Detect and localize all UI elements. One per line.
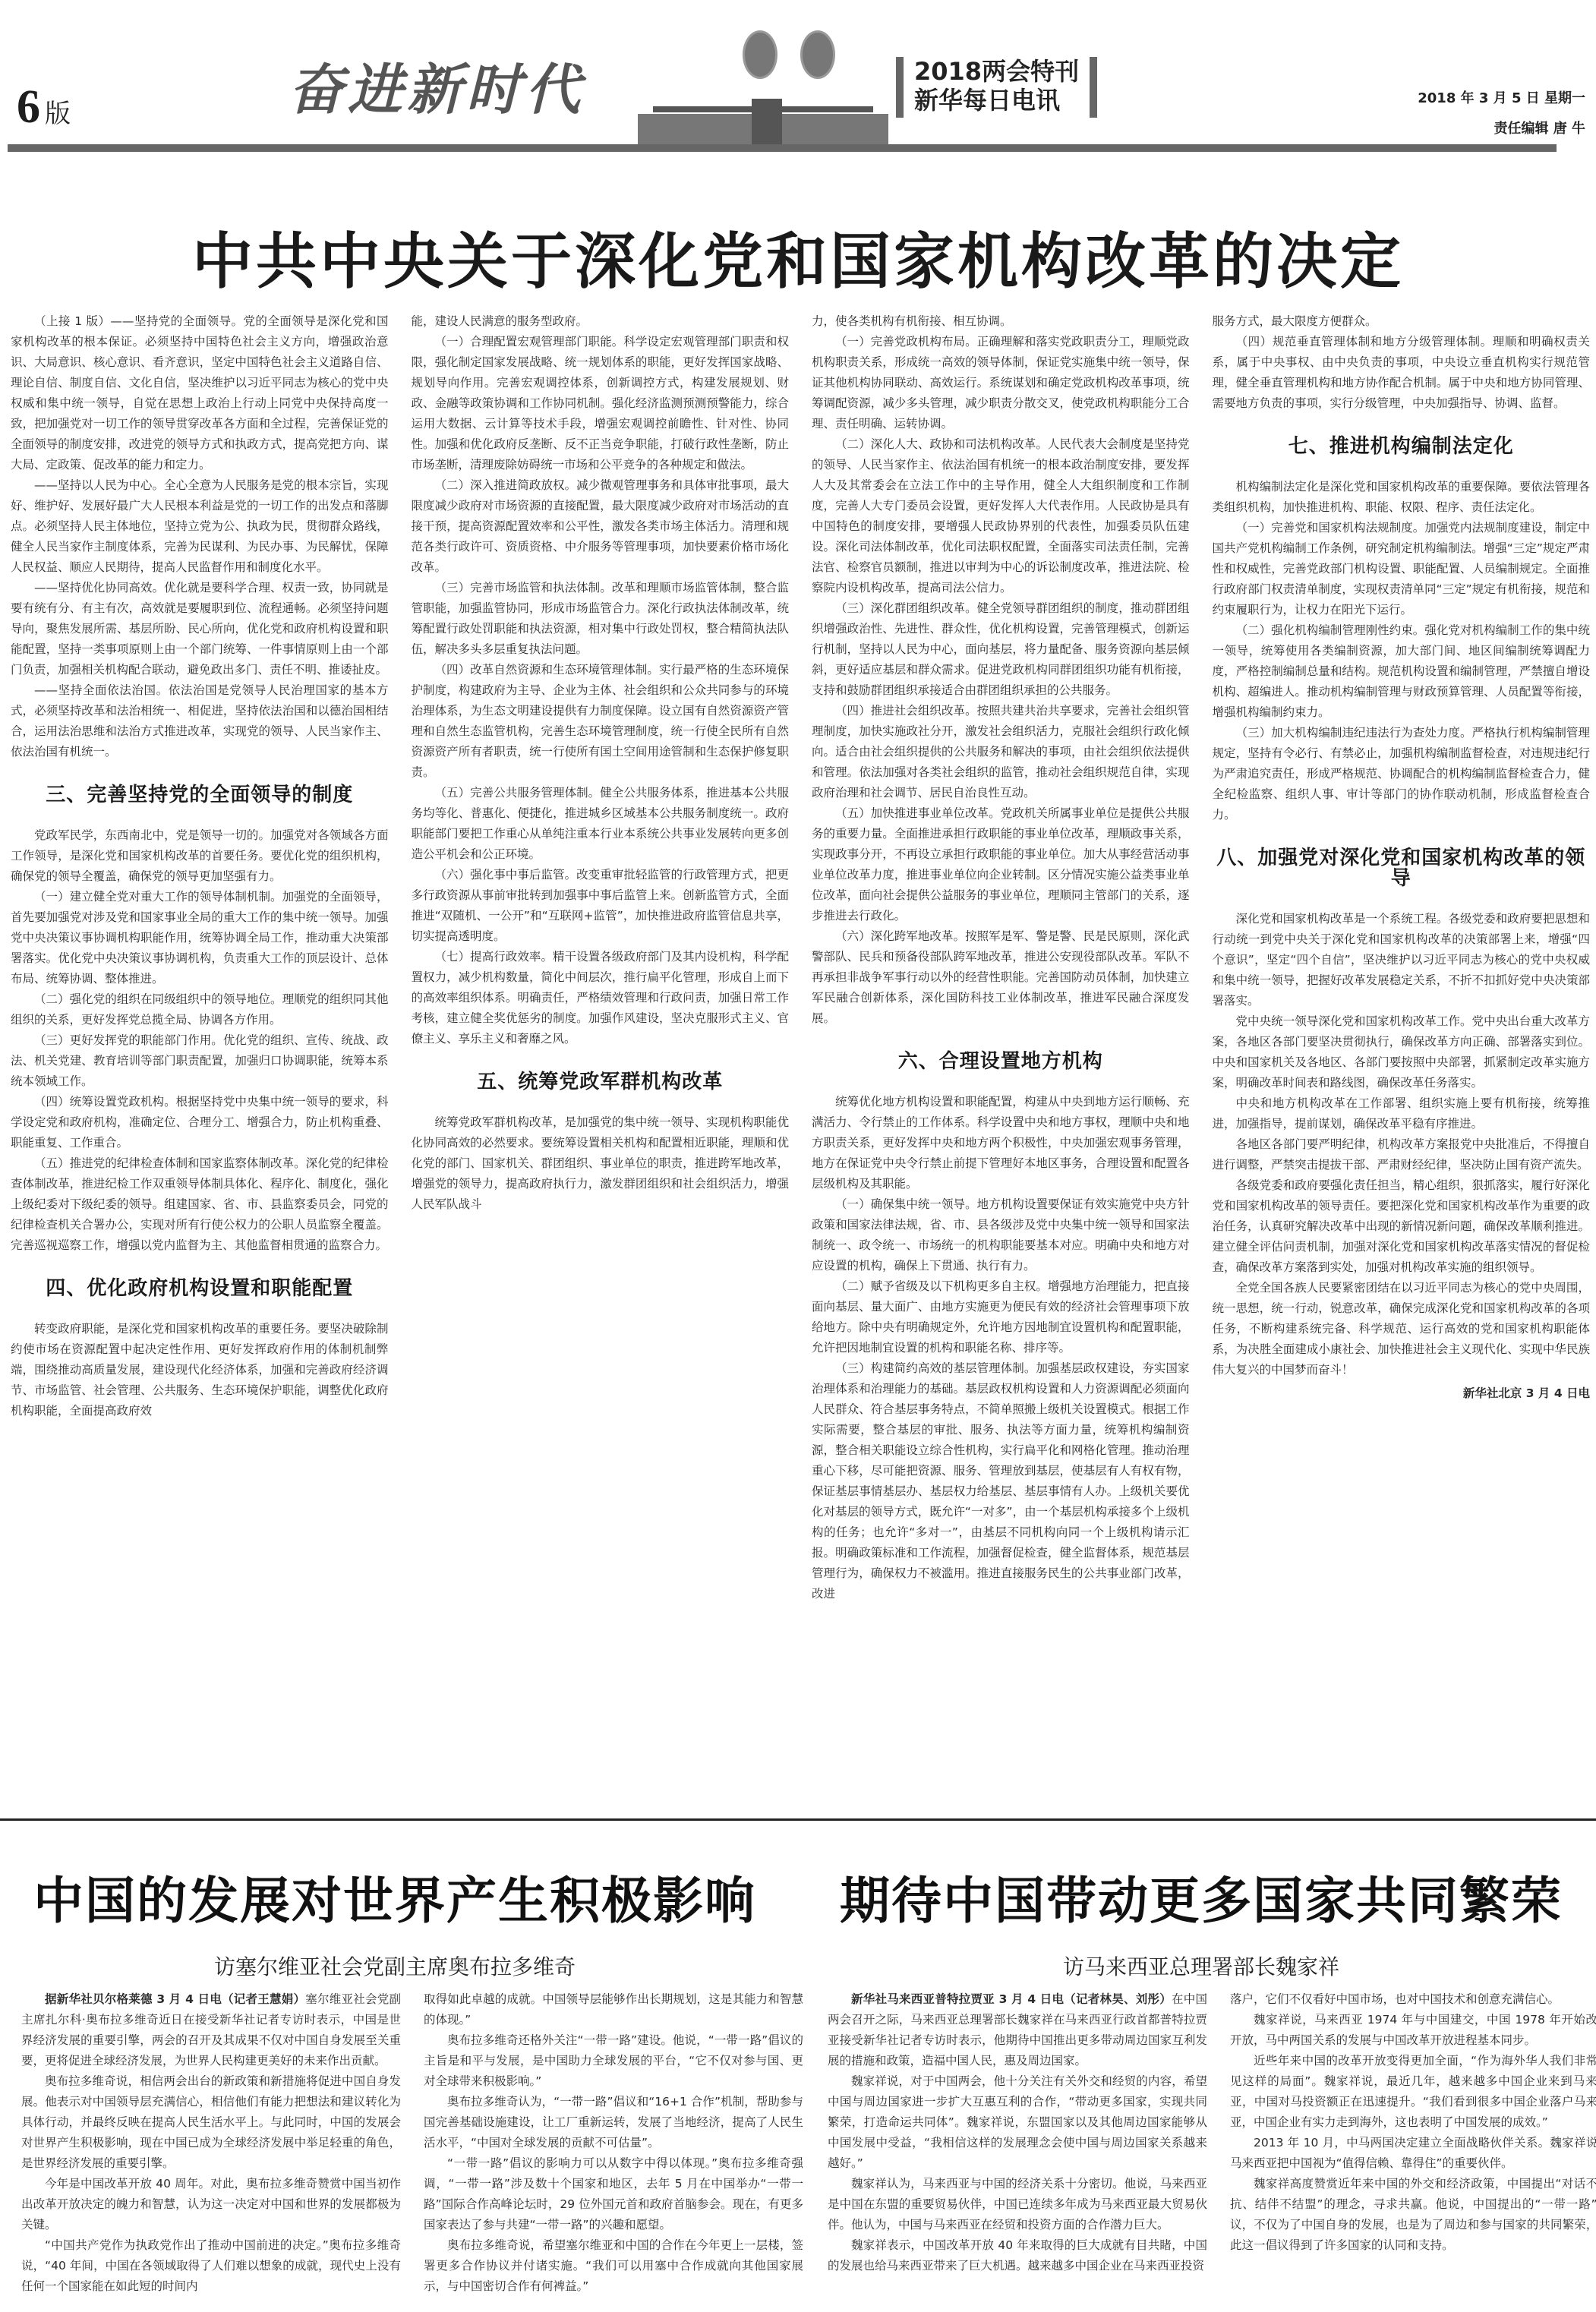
article-column: 力，使各类机构有机衔接、相互协调。（一）完善党政机构布局。正确理解和落实党政职责… — [812, 311, 1190, 1830]
paragraph: “一带一路”倡议的影响力可以从数字中得以体现。”奥布拉多维奇强调，“一带一路”涉… — [424, 2153, 803, 2235]
paragraph: 服务方式，最大限度方便群众。 — [1213, 311, 1591, 332]
paragraph: 党政军民学，东西南北中，党是领导一切的。加强党对各领域各方面工作领导，是深化党和… — [11, 825, 389, 887]
paragraph: （二）深入推进简政放权。减少微观管理事务和具体审批事项，最大限度减少政府对市场资… — [412, 475, 790, 578]
lead-credit: 新华社马来西亚普特拉贾亚 3 月 4 日电（记者林昊、刘彤） — [851, 1992, 1172, 2006]
article-left-deck: 访塞尔维亚社会党副主席奥布拉多维奇 — [0, 1951, 790, 1981]
article-column: （上接 1 版）——坚持党的全面领导。党的全面领导是深化党和国家机构改革的根本保… — [11, 311, 389, 1830]
paragraph: （四）规范垂直管理体制和地方分级管理体制。理顺和明确权责关系，属于中央事权、由中… — [1213, 332, 1591, 414]
article-left-header: 中国的发展对世界产生积极影响 访塞尔维亚社会党副主席奥布拉多维奇 — [0, 1860, 790, 1981]
paragraph: 机构编制法定化是深化党和国家机构改革的重要保障。要依法管理各类组织机构，加快推进… — [1213, 477, 1591, 518]
paragraph: 魏家祥表示，中国改革开放 40 年来取得的巨大成就有目共睹，中国的发展也给马来西… — [828, 2235, 1207, 2276]
article-right-body: 新华社马来西亚普特拉贾亚 3 月 4 日电（记者林昊、刘彤）在中国两会召开之际，… — [828, 1989, 1596, 2276]
section-heading: 七、推进机构编制法定化 — [1213, 437, 1591, 457]
paragraph: 各地区各部门要严明纪律，机构改革方案报党中央批准后，不得擅自进行调整，严禁突击提… — [1213, 1134, 1591, 1175]
paragraph: （二）赋予省级及以下机构更多自主权。增强地方治理能力，把直接面向基层、量大面广、… — [812, 1276, 1190, 1358]
paragraph: 奥布拉多维奇说，相信两会出台的新政策和新措施将促进中国自身发展。他表示对中国领导… — [21, 2071, 401, 2174]
paragraph: （六）深化跨军地改革。按照军是军、警是警、民是民原则，深化武警部队、民兵和预备役… — [812, 926, 1190, 1029]
paragraph: （四）改革自然资源和生态环境管理体制。实行最严格的生态环境保护制度，构建政府为主… — [412, 660, 790, 783]
paragraph: （三）加大机构编制违纪违法行为查处力度。严格执行机构编制管理规定，坚持有令必行、… — [1213, 723, 1591, 825]
paragraph: （六）强化事中事后监管。改变重审批轻监管的行政管理方式，把更多行政资源从事前审批… — [412, 865, 790, 947]
section-heading: 八、加强党对深化党和国家机构改革的领导 — [1213, 848, 1591, 889]
paragraph: 深化党和国家机构改革是一个系统工程。各级党委和政府要把思想和行动统一到党中央关于… — [1213, 909, 1591, 1011]
article-column: 能，建设人民满意的服务型政府。（一）合理配置宏观管理部门职能。科学设定宏观管理部… — [412, 311, 790, 1830]
paragraph: （七）提高行政效率。精干设置各级政府部门及其内设机构，科学配置权力，减少机构数量… — [412, 947, 790, 1049]
paragraph: 取得如此卓越的成就。中国领导层能够作出长期规划，这是其能力和智慧的体现。” — [424, 1989, 803, 2030]
paragraph: （四）统筹设置党政机构。根据坚持党中央集中统一领导的要求，科学设定党和政府机构，… — [11, 1092, 389, 1153]
article-column: 新华社马来西亚普特拉贾亚 3 月 4 日电（记者林昊、刘彤）在中国两会召开之际，… — [828, 1989, 1207, 2276]
paragraph: （一）建立健全党对重大工作的领导体制机制。加强党的全面领导，首先要加强党对涉及党… — [11, 887, 389, 989]
paragraph: 党中央统一领导深化党和国家机构改革工作。党中央出台重大改革方案，各地区各部门要坚… — [1213, 1011, 1591, 1093]
article-left-title: 中国的发展对世界产生积极影响 — [0, 1860, 790, 1932]
paragraph: 全党全国各族人民要紧密团结在以习近平同志为核心的党中央周围，统一思想，统一行动，… — [1213, 1278, 1591, 1380]
article-left-body: 据新华社贝尔格莱德 3 月 4 日电（记者王慧娟）塞尔维亚社会党副主席扎尔科·奥… — [21, 1989, 803, 2297]
paragraph: 奥布拉多维奇还格外关注“一带一路”建设。他说，“一带一路”倡议的主旨是和平与发展… — [424, 2030, 803, 2092]
article-column: 落户，它们不仅看好中国市场，也对中国技术和创意充满信心。魏家祥说，马来西亚 19… — [1230, 1989, 1596, 2276]
paragraph: （二）深化人大、政协和司法机构改革。人民代表大会制度是坚持党的领导、人民当家作主… — [812, 434, 1190, 598]
main-article: （上接 1 版）——坚持党的全面领导。党的全面领导是深化党和国家机构改革的根本保… — [11, 311, 1590, 1830]
paragraph: 统筹党政军群机构改革，是加强党的集中统一领导、实现机构职能优化协同高效的必然要求… — [412, 1112, 790, 1215]
paragraph: （三）构建简约高效的基层管理体制。加强基层政权建设，夯实国家治理体系和治理能力的… — [812, 1358, 1190, 1604]
paragraph: （三）完善市场监管和执法体制。改革和理顺市场监管体制，整合监管职能，加强监管协同… — [412, 578, 790, 660]
paragraph: （三）深化群团组织改革。健全党领导群团组织的制度，推动群团组织增强政治性、先进性… — [812, 598, 1190, 701]
paragraph: ——坚持以人民为中心。全心全意为人民服务是党的根本宗旨，实现好、维护好、发展好最… — [11, 475, 389, 578]
paragraph: 魏家祥高度赞赏近年来中国的外交和经济政策，中国提出“对话不对抗、结伴不结盟”的理… — [1230, 2174, 1596, 2256]
paragraph: ——坚持全面依法治国。依法治国是党领导人民治理国家的基本方式，必须坚持改革和法治… — [11, 680, 389, 762]
paragraph: （一）确保集中统一领导。地方机构设置要保证有效实施党中央方针政策和国家法律法规，… — [812, 1194, 1190, 1276]
main-headline: 中共中央关于深化党和国家机构改革的决定 — [0, 213, 1596, 300]
paragraph: 2013 年 10 月，中马两国决定建立全面战略伙伴关系。魏家祥说，马来西亚把中… — [1230, 2133, 1596, 2174]
paragraph: 魏家祥认为，马来西亚与中国的经济关系十分密切。他说，马来西亚是中国在东盟的重要贸… — [828, 2174, 1207, 2235]
article-right-deck: 访马来西亚总理署部长魏家祥 — [806, 1951, 1596, 1981]
paragraph: “中国共产党作为执政党作出了推动中国前进的决定。”奥布拉多维奇说，“40 年间，… — [21, 2235, 401, 2297]
paragraph: 中央和地方机构改革在工作部署、组织实施上要有机衔接，统筹推进，加强指导，提前谋划… — [1213, 1093, 1591, 1134]
paragraph: 魏家祥说，马来西亚 1974 年与中国建交，中国 1978 年开始改革开放，马中… — [1230, 2010, 1596, 2051]
brand-calligraphy: 奋进新时代 — [289, 46, 585, 125]
section-heading: 三、完善坚持党的全面领导的制度 — [11, 785, 389, 806]
article-column: 服务方式，最大限度方便群众。（四）规范垂直管理体制和地方分级管理体制。理顺和明确… — [1213, 311, 1591, 1830]
paragraph: 力，使各类机构有机衔接、相互协调。 — [812, 311, 1190, 332]
paragraph: 新华社马来西亚普特拉贾亚 3 月 4 日电（记者林昊、刘彤）在中国两会召开之际，… — [828, 1989, 1207, 2071]
paragraph: （一）完善党政机构布局。正确理解和落实党政职责分工，理顺党政机构职责关系，形成统… — [812, 332, 1190, 434]
dateline-credit: 新华社北京 3 月 4 日电 — [1213, 1383, 1591, 1404]
paragraph: 转变政府职能，是深化党和国家机构改革的重要任务。要坚决破除制约使市场在资源配置中… — [11, 1319, 389, 1421]
paragraph: 魏家祥说，对于中国两会，他十分关注有关外交和经贸的内容，希望中国与周边国家进一步… — [828, 2071, 1207, 2174]
section-divider — [0, 1818, 1596, 1821]
paragraph: （二）强化党的组织在同级组织中的领导地位。理顺党的组织同其他组织的关系，更好发挥… — [11, 989, 389, 1030]
paragraph: 据新华社贝尔格莱德 3 月 4 日电（记者王慧娟）塞尔维亚社会党副主席扎尔科·奥… — [21, 1989, 401, 2071]
section-heading: 五、统筹党政军群机构改革 — [412, 1072, 790, 1093]
great-hall-icon — [638, 99, 888, 146]
special-edition-banner: 2018两会特刊 新华每日电讯 — [896, 57, 1097, 118]
article-right-header: 期待中国带动更多国家共同繁荣 访马来西亚总理署部长魏家祥 — [806, 1860, 1596, 1981]
page-number: 6版 — [17, 84, 71, 138]
national-emblem-icon — [743, 30, 777, 79]
paragraph: （三）更好发挥党的职能部门作用。优化党的组织、宣传、统战、政法、机关党建、教育培… — [11, 1030, 389, 1092]
paragraph: ——坚持优化协同高效。优化就是要科学合理、权责一致，协同就是要有统有分、有主有次… — [11, 578, 389, 680]
article-column: 取得如此卓越的成就。中国领导层能够作出长期规划，这是其能力和智慧的体现。”奥布拉… — [424, 1989, 803, 2297]
section-heading: 四、优化政府机构设置和职能配置 — [11, 1279, 389, 1299]
paragraph: （一）合理配置宏观管理部门职能。科学设定宏观管理部门职责和权限，强化制定国家发展… — [412, 332, 790, 475]
paragraph: 今年是中国改革开放 40 周年。对此，奥布拉多维奇赞赏中国当初作出改革开放决定的… — [21, 2174, 401, 2235]
paragraph: （五）推进党的纪律检查体制和国家监察体制改革。深化党的纪律检查体制改革，推进纪检… — [11, 1153, 389, 1256]
cppcc-emblem-icon — [800, 30, 835, 79]
paragraph: （五）完善公共服务管理体制。健全公共服务体系，推进基本公共服务均等化、普惠化、便… — [412, 783, 790, 865]
paragraph: 奥布拉多维奇说，希望塞尔维亚和中国的合作在今年更上一层楼，签署更多合作协议并付诸… — [424, 2235, 803, 2297]
paragraph: 各级党委和政府要强化责任担当，精心组织，狠抓落实，履行好深化党和国家机构改革的领… — [1213, 1175, 1591, 1278]
paragraph: 统筹优化地方机构设置和职能配置，构建从中央到地方运行顺畅、充满活力、令行禁止的工… — [812, 1092, 1190, 1194]
paragraph: 近些年来中国的改革开放变得更加全面，“作为海外华人我们非常乐见这样的局面”。魏家… — [1230, 2051, 1596, 2133]
paragraph: 能，建设人民满意的服务型政府。 — [412, 311, 790, 332]
masthead-rule — [8, 144, 1557, 152]
paragraph: 奥布拉多维奇认为，“一带一路”倡议和“16+1 合作”机制，帮助参与国完善基础设… — [424, 2092, 803, 2153]
paragraph: （五）加快推进事业单位改革。党政机关所属事业单位是提供公共服务的重要力量。全面推… — [812, 803, 1190, 926]
paragraph: （一）完善党和国家机构法规制度。加强党内法规制度建设，制定中国共产党机构编制工作… — [1213, 518, 1591, 620]
paragraph: 落户，它们不仅看好中国市场，也对中国技术和创意充满信心。 — [1230, 1989, 1596, 2010]
editor-credit: 责任编辑 唐 牛 — [1418, 114, 1585, 144]
paragraph: （二）强化机构编制管理刚性约束。强化党对机构编制工作的集中统一领导，统筹使用各类… — [1213, 620, 1591, 723]
article-right-title: 期待中国带动更多国家共同繁荣 — [806, 1860, 1596, 1932]
dateline: 2018 年 3 月 5 日 星期一 责任编辑 唐 牛 — [1418, 84, 1585, 144]
paragraph: （上接 1 版）——坚持党的全面领导。党的全面领导是深化党和国家机构改革的根本保… — [11, 311, 389, 475]
paragraph: （四）推进社会组织改革。按照共建共治共享要求，完善社会组织管理制度，加快实施政社… — [812, 701, 1190, 803]
masthead: 6版 奋进新时代 2018两会特刊 新华每日电讯 2018 年 3 月 5 日 … — [0, 0, 1596, 152]
section-heading: 六、合理设置地方机构 — [812, 1052, 1190, 1072]
lead-credit: 据新华社贝尔格莱德 3 月 4 日电（记者王慧娟） — [45, 1992, 305, 2006]
issue-date: 2018 年 3 月 5 日 星期一 — [1418, 84, 1585, 114]
article-column: 据新华社贝尔格莱德 3 月 4 日电（记者王慧娟）塞尔维亚社会党副主席扎尔科·奥… — [21, 1989, 401, 2297]
